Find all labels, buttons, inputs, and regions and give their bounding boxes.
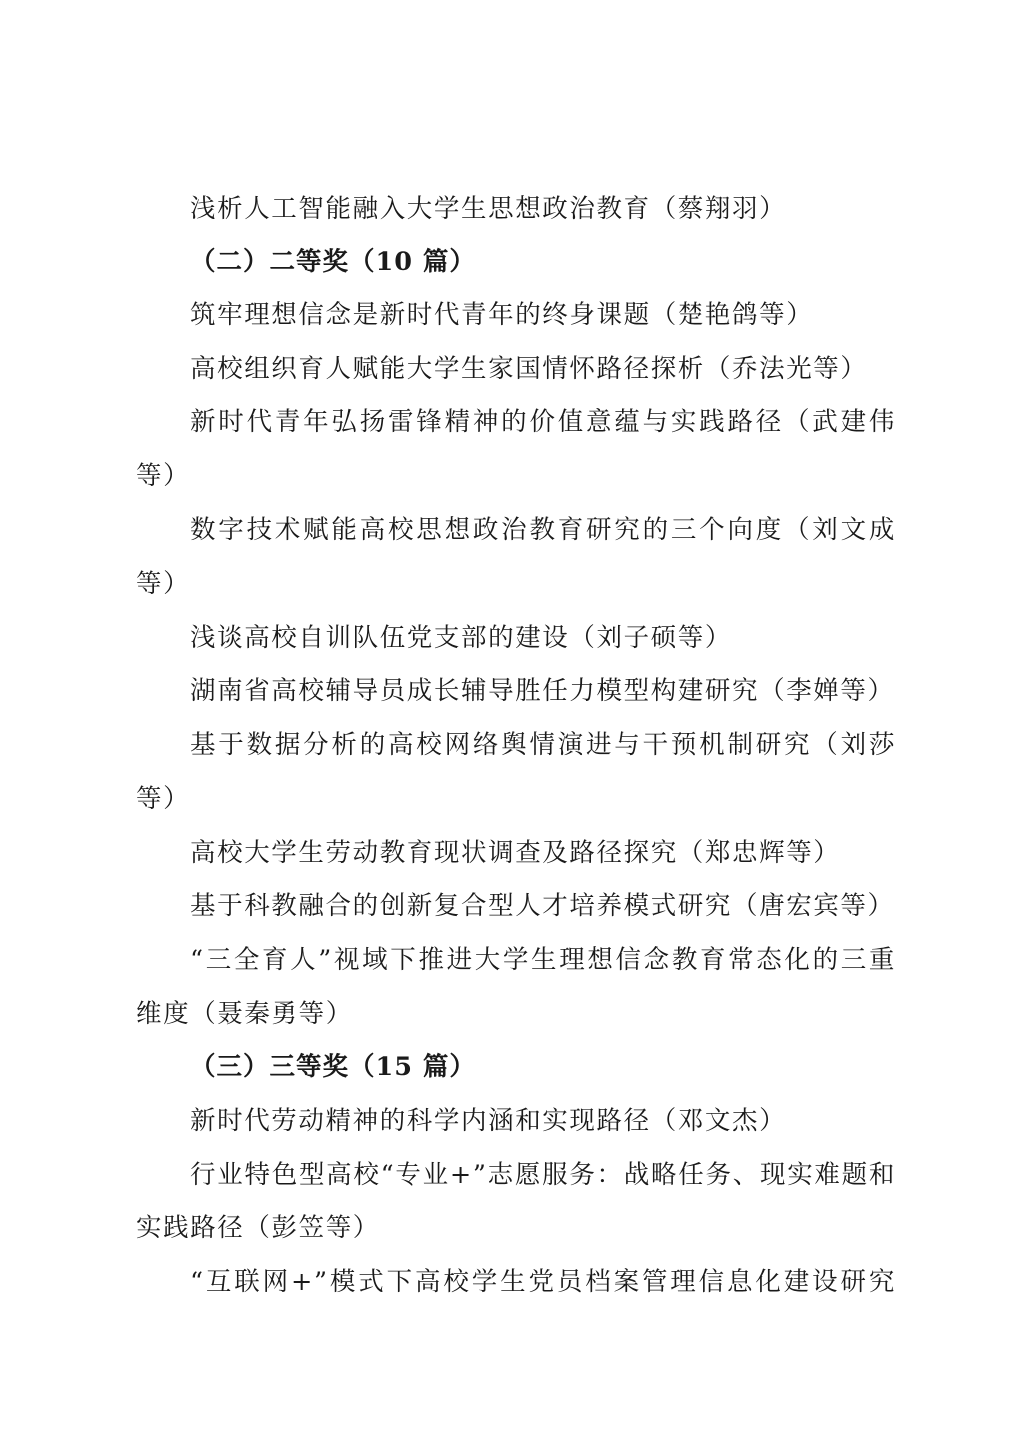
award-entry: 数字技术赋能高校思想政治教育研究的三个向度（刘文成 <box>190 513 896 547</box>
award-entry: 筑牢理想信念是新时代青年的终身课题（楚艳鸽等） <box>190 298 896 332</box>
award-entry: 浅析人工智能融入大学生思想政治教育（蔡翔羽） <box>190 192 896 226</box>
document-page: 浅析人工智能融入大学生思想政治教育（蔡翔羽） （二）二等奖（10 篇） 筑牢理想… <box>0 0 1024 1448</box>
award-entry-continuation: 维度（聂秦勇等） <box>136 997 896 1031</box>
award-entry-continuation: 实践路径（彭笠等） <box>136 1211 896 1245</box>
award-entry-continuation: 等） <box>136 567 896 601</box>
award-entry: “互联网+”模式下高校学生党员档案管理信息化建设研究 <box>190 1265 896 1299</box>
award-entry: 新时代青年弘扬雷锋精神的价值意蕴与实践路径（武建伟 <box>190 405 896 439</box>
award-entry-continuation: 等） <box>136 459 896 493</box>
award-entry: 高校大学生劳动教育现状调查及路径探究（郑忠辉等） <box>190 836 896 870</box>
award-entry: 行业特色型高校“专业+”志愿服务：战略任务、现实难题和 <box>190 1158 896 1192</box>
award-entry: 浅谈高校自训队伍党支部的建设（刘子硕等） <box>190 621 896 655</box>
award-entry: 新时代劳动精神的科学内涵和实现路径（邓文杰） <box>190 1104 896 1138</box>
award-entry: 湖南省高校辅导员成长辅导胜任力模型构建研究（李婵等） <box>190 674 896 708</box>
award-entry-continuation: 等） <box>136 782 896 816</box>
award-entry: “三全育人”视域下推进大学生理想信念教育常态化的三重 <box>190 943 896 977</box>
award-entry: 高校组织育人赋能大学生家国情怀路径探析（乔法光等） <box>190 352 896 386</box>
section-heading-second-prize: （二）二等奖（10 篇） <box>190 245 950 279</box>
award-entry: 基于数据分析的高校网络舆情演进与干预机制研究（刘莎 <box>190 728 896 762</box>
award-entry: 基于科教融合的创新复合型人才培养模式研究（唐宏宾等） <box>190 889 896 923</box>
section-heading-third-prize: （三）三等奖（15 篇） <box>190 1050 950 1084</box>
